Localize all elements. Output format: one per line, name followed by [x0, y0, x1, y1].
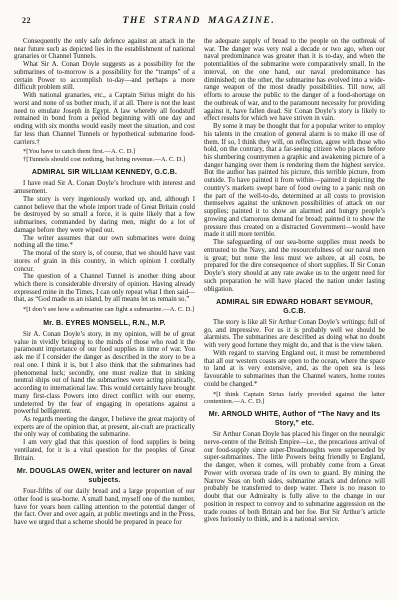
right-column: the adequate supply of bread to the peop… — [204, 38, 385, 527]
paragraph: What Sir A. Conan Doyle suggests as a po… — [14, 61, 195, 92]
editor-footnote: †[Tunnels should cost nothing, but bring… — [14, 156, 195, 163]
section-heading: ADMIRAL SIR EDWARD HOBART SEYMOUR, G.C.B… — [206, 299, 383, 316]
editor-footnote: *[You have to catch them first.—A. C. D.… — [14, 148, 195, 155]
section-heading: Mr. ARNOLD WHITE, Author of “The Navy an… — [206, 411, 383, 428]
section-heading: Mr. B. EYRES MONSELL, R.N., M.P. — [16, 320, 193, 328]
paragraph: The question of a Channel Tunnel is anot… — [14, 273, 195, 304]
paragraph: With regard to starving England out, it … — [204, 350, 385, 389]
running-head: 22 THE STRAND MAGAZINE. — [0, 0, 398, 30]
paragraph: Sir A. Conan Doyle’s story, in my opinio… — [14, 331, 195, 416]
paragraph: the adequate supply of bread to the peop… — [204, 38, 385, 123]
paragraph: With national granaries, etc., a Captain… — [14, 92, 195, 146]
paragraph: Consequently the only safe defence again… — [14, 38, 195, 61]
section-heading: ADMIRAL SIR WILLIAM KENNEDY, G.C.B. — [16, 169, 193, 177]
paragraph: The story is very ingeniously worked up,… — [14, 196, 195, 235]
editor-footnote: *[I don’t see how a submarine can fight … — [14, 306, 195, 313]
paragraph: I am very glad that this question of foo… — [14, 439, 195, 462]
section-heading: Mr. DOUGLAS OWEN, writer and lecturer on… — [16, 468, 193, 485]
paragraph: The safeguarding of our sea-borne suppli… — [204, 239, 385, 293]
paragraph: Sir Arthur Conan Doyle has placed his fi… — [204, 431, 385, 524]
paragraph: I have read Sir A. Conan Doyle’s brochur… — [14, 180, 195, 195]
paragraph: The moral of the story is, of course, th… — [14, 250, 195, 273]
magazine-title: THE STRAND MAGAZINE. — [0, 16, 398, 26]
page-number: 22 — [22, 16, 31, 25]
paragraph: By some it may be thought that for a pop… — [204, 123, 385, 239]
magazine-page: 22 THE STRAND MAGAZINE. Consequently the… — [0, 0, 398, 600]
text-columns: Consequently the only safe defence again… — [0, 30, 398, 527]
paragraph: The story is like all Sir Arthur Conan D… — [204, 319, 385, 350]
paragraph: As regards meeting the danger, I believe… — [14, 416, 195, 439]
paragraph: The writer assumes that our own submarin… — [14, 235, 195, 250]
left-column: Consequently the only safe defence again… — [14, 38, 195, 527]
editor-footnote: *[I think Captain Sirius fairly provided… — [204, 391, 385, 406]
paragraph: Four-fifths of our daily bread and a lar… — [14, 488, 195, 527]
